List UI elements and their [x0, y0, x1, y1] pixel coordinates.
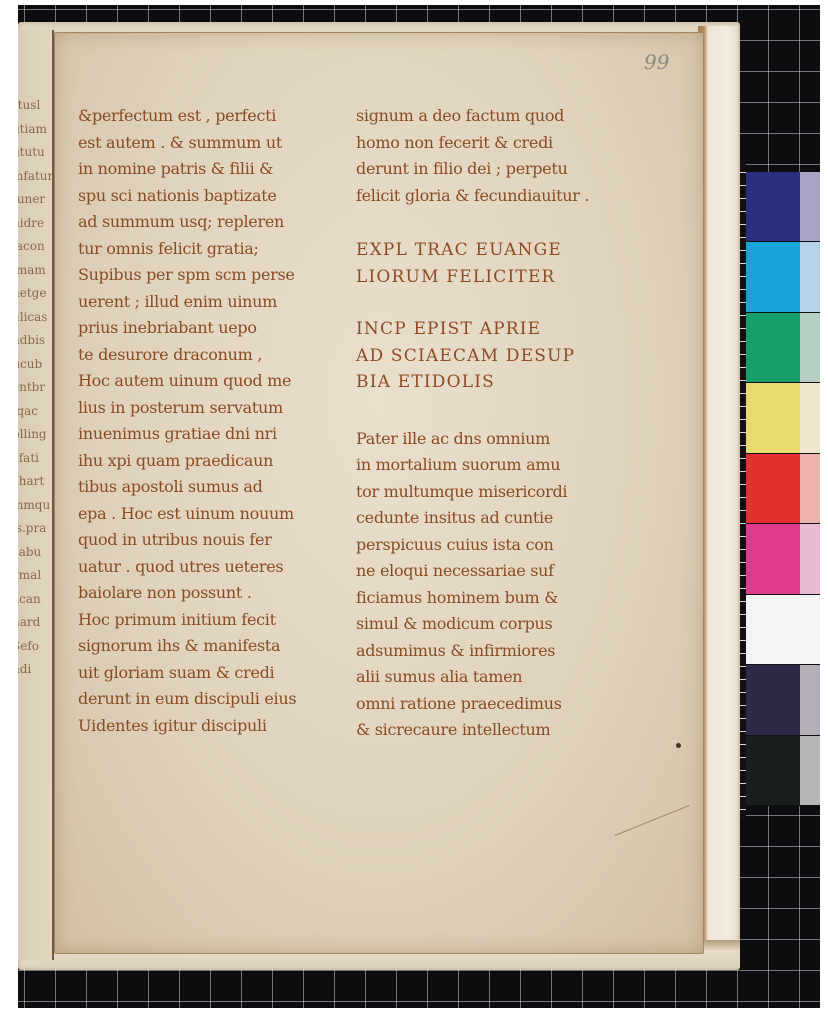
color-patch-red — [746, 454, 820, 523]
text-line: felicit gloria & fecundiauitur . — [356, 183, 626, 210]
ink-stain — [676, 743, 681, 748]
text-line: Supibus per spm scm perse — [78, 262, 340, 289]
previous-page-line: Sefo — [18, 635, 52, 659]
explicit-rubric-line: LIORUM FELICITER — [356, 264, 626, 291]
text-line: cedunte insitus ad cuntie — [356, 505, 626, 532]
previous-page-line: ficub — [18, 353, 52, 377]
color-patch-black — [746, 736, 820, 805]
color-patch-tint — [800, 172, 820, 241]
text-line: Uidentes igitur discipuli — [78, 713, 340, 740]
left-text-column: &perfectum est , perfectiest autem . & s… — [78, 103, 340, 739]
text-line: Hoc autem uinum quod me — [78, 368, 340, 395]
previous-page-line: is.pra — [18, 517, 52, 541]
text-line: lius in posterum servatum — [78, 395, 340, 422]
previous-page-line: uetge — [18, 282, 52, 306]
text-line: tur omnis felicit gratia; — [78, 236, 340, 263]
color-patch-main — [746, 383, 800, 452]
text-line: derunt in eum discipuli eius — [78, 686, 340, 713]
text-line: est autem . & summum ut — [78, 130, 340, 157]
text-line: signum a deo factum quod — [356, 103, 626, 130]
previous-page-line: imam — [18, 259, 52, 283]
text-line: epa . Hoc est uinum nouum — [78, 501, 340, 528]
text-line: Pater ille ac dns omnium — [356, 426, 626, 453]
right-text-column: signum a deo factum quodhomo non fecerit… — [356, 103, 626, 744]
text-line: perspicuus cuius ista con — [356, 532, 626, 559]
previous-page-line: cfati — [18, 447, 52, 471]
text-line: ficiamus hominem bum & — [356, 585, 626, 612]
color-patch-main — [746, 736, 800, 805]
previous-page-line: mmqu — [18, 494, 52, 518]
text-line: signorum ihs & manifesta — [78, 633, 340, 660]
text-line: te desurore draconum , — [78, 342, 340, 369]
color-patch-yellow — [746, 383, 820, 452]
color-patch-blue — [746, 172, 820, 241]
line-gap — [356, 396, 626, 426]
previous-page-line: iacon — [18, 235, 52, 259]
color-patch-green — [746, 313, 820, 382]
text-line: ad summum usq; repleren — [78, 209, 340, 236]
text-line: in mortalium suorum amu — [356, 452, 626, 479]
color-patch-cyan — [746, 242, 820, 311]
text-line: tibus apostoli sumus ad — [78, 474, 340, 501]
incipit-rubric-line: INCP EPIST APRIE — [356, 316, 626, 343]
previous-page-line: ndbis — [18, 329, 52, 353]
color-patch-main — [746, 313, 800, 382]
color-patch-tint — [800, 454, 820, 523]
color-patch-tint — [800, 736, 820, 805]
color-patch-main — [746, 172, 800, 241]
color-patch-tint — [800, 595, 820, 664]
color-patch-main — [746, 595, 800, 664]
color-patch-tint — [800, 242, 820, 311]
color-patch-tint — [800, 665, 820, 734]
color-patch-magenta — [746, 524, 820, 593]
text-line: prius inebriabant uepo — [78, 315, 340, 342]
text-line: uit gloriam suam & credi — [78, 660, 340, 687]
previous-page-line: plling — [18, 423, 52, 447]
incipit-rubric-line: AD SCIAECAM DESUP — [356, 343, 626, 370]
previous-page-line: ymal — [18, 564, 52, 588]
text-line: quod in utribus nouis fer — [78, 527, 340, 554]
previous-page-line: rtusl — [18, 94, 52, 118]
line-gap — [356, 209, 626, 237]
folio-number: 99 — [644, 50, 669, 74]
color-patch-main — [746, 454, 800, 523]
mount-right-edge — [698, 26, 738, 966]
color-patch-white — [746, 595, 820, 664]
previous-page-line: mfatur — [18, 165, 52, 189]
previous-page-line: litiam — [18, 118, 52, 142]
text-line: uatur . quod utres ueteres — [78, 554, 340, 581]
line-gap — [356, 290, 626, 316]
color-patch-main — [746, 524, 800, 593]
previous-page-line: hard — [18, 611, 52, 635]
previous-page-line: hidre — [18, 212, 52, 236]
previous-page-line: ulicas — [18, 306, 52, 330]
color-patch-main — [746, 665, 800, 734]
text-line: adsumimus & infirmiores — [356, 638, 626, 665]
text-line: in nomine patris & filii & — [78, 156, 340, 183]
text-line: spu sci nationis baptizate — [78, 183, 340, 210]
color-patch-main — [746, 242, 800, 311]
text-line: ihu xpi quam praedicaun — [78, 448, 340, 475]
incipit-rubric-line: BIA ETIDOLIS — [356, 369, 626, 396]
explicit-rubric-line: EXPL TRAC EUANGE — [356, 237, 626, 264]
text-line: tor multumque misericordi — [356, 479, 626, 506]
text-line: uerent ; illud enim uinum — [78, 289, 340, 316]
previous-page-line: litutu — [18, 141, 52, 165]
previous-page-edge: rtusllitiamlitutumfaturtunerhidreiaconim… — [18, 30, 54, 960]
text-line: alii sumus alia tamen — [356, 664, 626, 691]
previous-page-line: fqac — [18, 400, 52, 424]
text-line: Hoc primum initium fecit — [78, 607, 340, 634]
text-line: inuenimus gratiae dni nri — [78, 421, 340, 448]
text-line: derunt in filio dei ; perpetu — [356, 156, 626, 183]
previous-page-line: cabu — [18, 541, 52, 565]
color-patch-tint — [800, 524, 820, 593]
color-patch-tint — [800, 383, 820, 452]
previous-page-line: entbr — [18, 376, 52, 400]
text-line: simul & modicum corpus — [356, 611, 626, 638]
text-line: baiolare non possunt . — [78, 580, 340, 607]
color-patch-tint — [800, 313, 820, 382]
color-patch-navy — [746, 665, 820, 734]
previous-page-line: tuner — [18, 188, 52, 212]
previous-page-line: acan — [18, 588, 52, 612]
text-line: ne eloqui necessariae suf — [356, 558, 626, 585]
previous-page-line: chart — [18, 470, 52, 494]
text-line: & sicrecaure intellectum — [356, 717, 626, 744]
text-line: &perfectum est , perfecti — [78, 103, 340, 130]
text-line: omni ratione praecedimus — [356, 691, 626, 718]
color-calibration-chart — [746, 172, 820, 806]
previous-page-line: ndi — [18, 658, 52, 682]
previous-page-text: rtusllitiamlitutumfaturtunerhidreiaconim… — [18, 30, 52, 682]
text-line: homo non fecerit & credi — [356, 130, 626, 157]
